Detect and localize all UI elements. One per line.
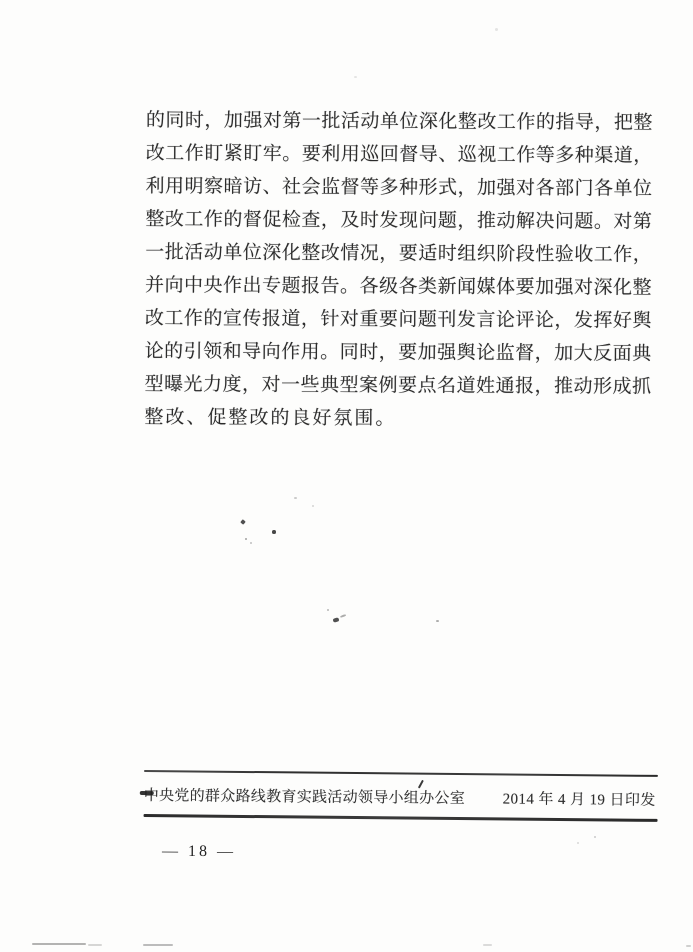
document-page: 的同时，加强对第一批活动单位深化整改工作的指导，把整 改工作盯紧盯牢。要利用巡回… xyxy=(0,0,693,952)
footer-row: 中央党的群众路线教育实践活动领导小组办公室 2014 年 4 月 19 日印发 xyxy=(144,772,658,819)
text-line: 并向中央作出专题报告。各级各类新闻媒体要加强对深化整 xyxy=(145,269,648,305)
text-line: 整改、促整改的良好氛围。 xyxy=(144,401,647,437)
scan-smudge xyxy=(88,944,102,946)
scan-speck xyxy=(340,614,346,617)
body-paragraph: 的同时，加强对第一批活动单位深化整改工作的指导，把整 改工作盯紧盯牢。要利用巡回… xyxy=(144,104,649,437)
footer-print-date: 2014 年 4 月 19 日印发 xyxy=(503,787,656,809)
text-line: 整改工作的督促检查，及时发现问题，推动解决问题。对第 xyxy=(145,203,648,239)
scan-smudge xyxy=(143,944,173,946)
footer-issuer: 中央党的群众路线教育实践活动领导小组办公室 xyxy=(144,784,465,808)
text-line: 一批活动单位深化整改情况，要适时组织阶段性验收工作， xyxy=(145,236,648,272)
ink-smear-mark xyxy=(140,791,154,795)
scan-speck xyxy=(312,505,314,507)
scan-speck xyxy=(333,617,340,622)
scan-speck xyxy=(594,836,596,838)
text-line: 改工作盯紧盯牢。要利用巡回督导、巡视工作等多种渠道， xyxy=(146,137,649,173)
text-line: 利用明察暗访、社会监督等多种形式，加强对各部门各单位 xyxy=(145,170,648,206)
text-line: 的同时，加强对第一批活动单位深化整改工作的指导，把整 xyxy=(146,104,649,140)
scan-speck xyxy=(327,609,329,611)
text-line: 型曝光力度，对一些典型案例要点名道姓通报，推动形成抓 xyxy=(144,368,647,404)
scan-speck xyxy=(240,519,246,525)
scan-speck xyxy=(354,76,357,78)
scan-smudge xyxy=(32,943,86,945)
text-line: 改工作的宣传报道，针对重要问题刊发言论评论，发挥好舆 xyxy=(145,302,648,338)
scan-speck xyxy=(577,842,579,844)
scan-speck xyxy=(436,620,439,622)
scan-speck xyxy=(272,530,276,534)
text-line: 论的引领和导向作用。同时，要加强舆论监督，加大反面典 xyxy=(145,335,648,371)
scan-speck xyxy=(294,497,297,499)
footer: 中央党的群众路线教育实践活动领导小组办公室 2014 年 4 月 19 日印发 xyxy=(144,770,658,821)
footer-issuer-label: 中央党的群众路线教育实践活动领导小组办公室 xyxy=(144,788,465,807)
scan-smudge xyxy=(483,944,492,946)
scan-tick-mark xyxy=(418,780,424,789)
scan-speck xyxy=(250,542,252,544)
scan-speck xyxy=(495,28,498,31)
page-number: — 18 — xyxy=(162,843,236,861)
scan-speck xyxy=(245,538,247,540)
scan-smudge xyxy=(686,945,691,947)
